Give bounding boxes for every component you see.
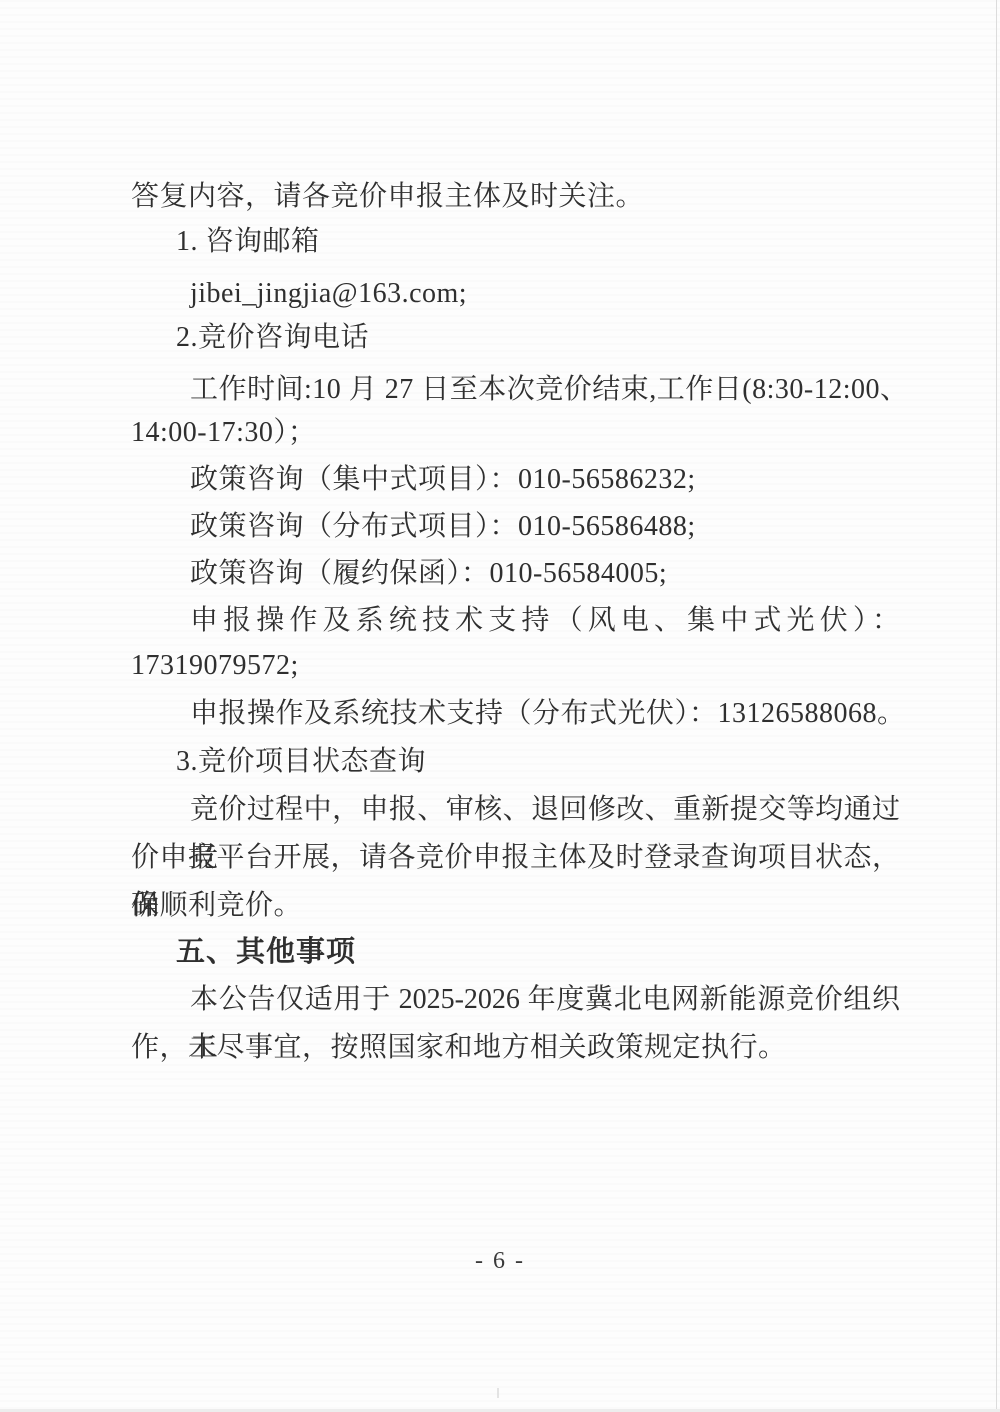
policy-phone-centralized: 政策咨询（集中式项目）：010-56586232;	[190, 456, 900, 504]
section-5-heading: 五、其他事项	[176, 928, 900, 976]
scan-smudge-mark	[497, 1388, 499, 1398]
contact-email: jibei_jingjia@163.com;	[190, 270, 900, 318]
working-hours-continuation: 14:00-17:30）；	[131, 409, 900, 457]
tech-support-distributed-line: 申报操作及系统技术支持（分布式光伏）：13126588068。	[190, 690, 900, 738]
other-matters-paragraph-line-1: 本公告仅适用于 2025-2026 年度冀北电网新能源竞价组织工	[190, 976, 900, 1024]
tech-support-wind-phone: 17319079572;	[131, 642, 900, 690]
list-item-1-heading: 1. 咨询邮箱	[176, 218, 900, 266]
status-query-paragraph-line-1: 竞价过程中，申报、审核、退回修改、重新提交等均通过竞	[190, 786, 900, 834]
status-query-paragraph-line-3: 保顺利竞价。	[131, 882, 900, 930]
paragraph-line: 答复内容，请各竞价申报主体及时关注。	[131, 173, 900, 221]
scan-edge-right	[996, 0, 997, 1412]
list-item-3-heading: 3.竞价项目状态查询	[176, 738, 900, 786]
other-matters-paragraph-line-2: 作，未尽事宜，按照国家和地方相关政策规定执行。	[131, 1024, 900, 1072]
policy-phone-distributed: 政策咨询（分布式项目）：010-56586488;	[190, 503, 900, 551]
policy-phone-guarantee: 政策咨询（履约保函）：010-56584005;	[190, 550, 900, 598]
working-hours-line: 工作时间:10 月 27 日至本次竞价结束,工作日(8:30-12:00、	[190, 366, 900, 414]
tech-support-wind-line: 申报操作及系统技术支持（风电、集中式光伏）：	[190, 597, 900, 645]
document-page: 答复内容，请各竞价申报主体及时关注。 1. 咨询邮箱 jibei_jingjia…	[0, 0, 1000, 1412]
list-item-2-heading: 2.竞价咨询电话	[176, 314, 900, 362]
status-query-paragraph-line-2: 价申报平台开展，请各竞价申报主体及时登录查询项目状态，确	[131, 834, 900, 882]
page-number: - 6 -	[0, 1248, 1000, 1275]
